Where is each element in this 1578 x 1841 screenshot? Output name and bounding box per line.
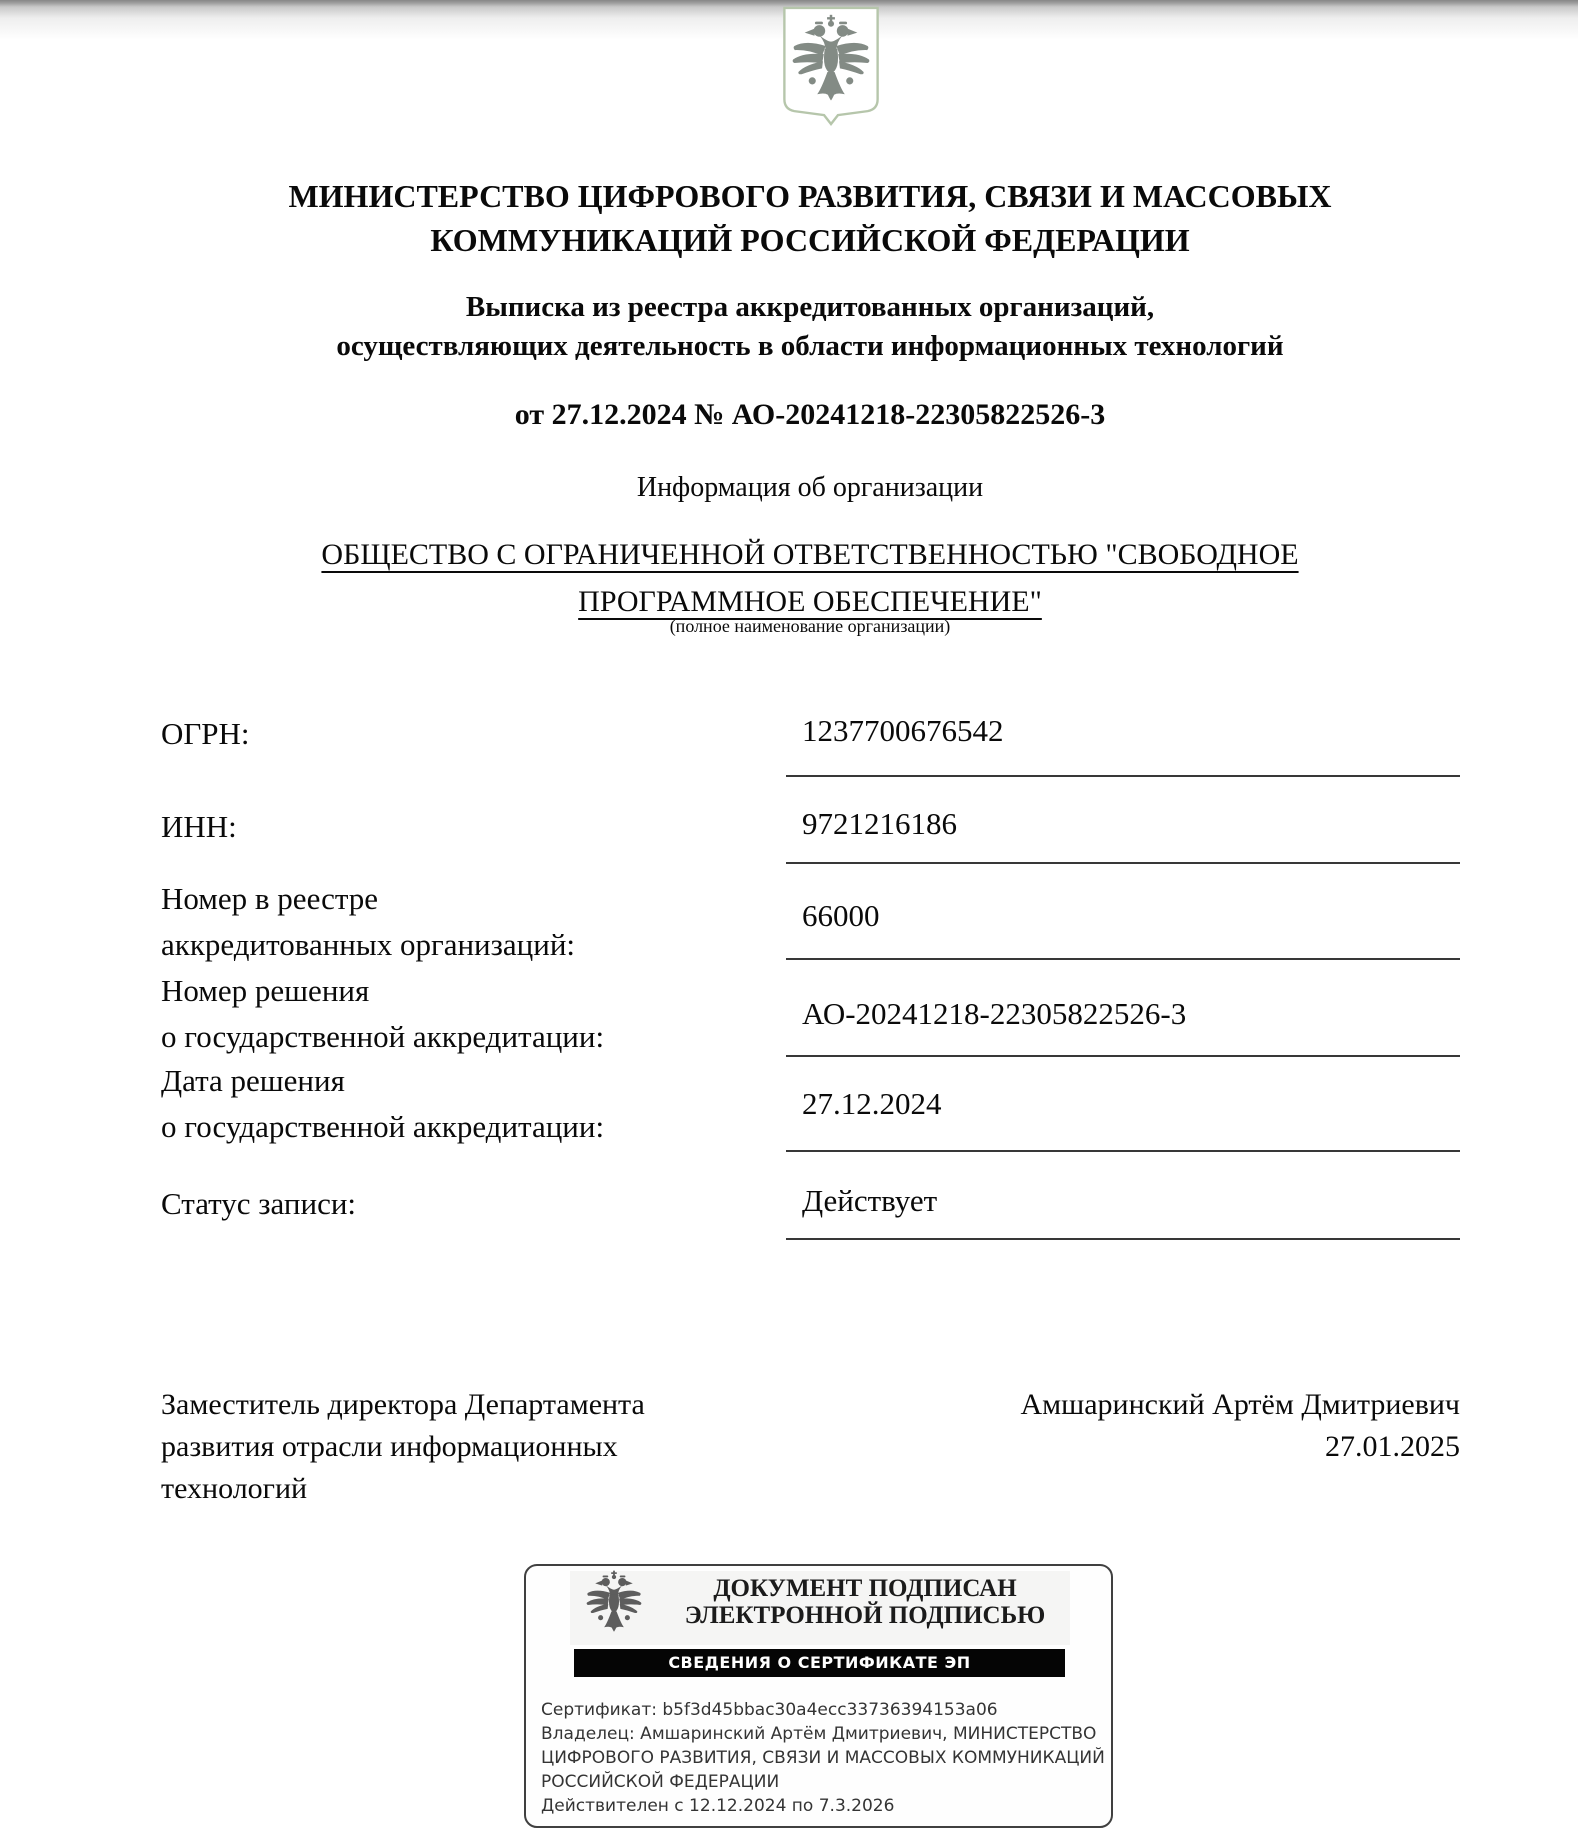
- field-underline: [786, 1150, 1460, 1152]
- stamp-certificate-bar: СВЕДЕНИЯ О СЕРТИФИКАТЕ ЭП: [574, 1649, 1065, 1677]
- organization-name-caption: (полное наименование организации): [160, 616, 1460, 637]
- document-subtitle-line2: осуществляющих деятельность в области ин…: [160, 327, 1460, 366]
- field-label: Дата решения о государственной аккредита…: [161, 1058, 604, 1150]
- field-label: Статус записи:: [161, 1181, 356, 1227]
- section-heading: Информация об организации: [160, 472, 1460, 504]
- field-value: 66000: [802, 898, 880, 934]
- signer-name-date: Амшаринский Артём Дмитриевич 27.01.2025: [1020, 1384, 1460, 1468]
- stamp-owner-line3: РОССИЙСКОЙ ФЕДЕРАЦИИ: [541, 1770, 1101, 1794]
- field-value: 27.12.2024: [802, 1086, 942, 1122]
- organization-name: ОБЩЕСТВО С ОГРАНИЧЕННОЙ ОТВЕТСТВЕННОСТЬЮ…: [160, 531, 1460, 625]
- electronic-signature-stamp: ДОКУМЕНТ ПОДПИСАН ЭЛЕКТРОННОЙ ПОДПИСЬЮ С…: [524, 1564, 1113, 1828]
- stamp-title: ДОКУМЕНТ ПОДПИСАН ЭЛЕКТРОННОЙ ПОДПИСЬЮ: [661, 1575, 1069, 1629]
- ministry-title-line2: КОММУНИКАЦИЙ РОССИЙСКОЙ ФЕДЕРАЦИИ: [160, 218, 1460, 262]
- organization-name-line1: ОБЩЕСТВО С ОГРАНИЧЕННОЙ ОТВЕТСТВЕННОСТЬЮ…: [321, 538, 1298, 571]
- field-label: Номер решения о государственной аккредит…: [161, 968, 604, 1060]
- field-underline: [786, 862, 1460, 864]
- signer-position-line1: Заместитель директора Департамента: [161, 1384, 645, 1426]
- field-underline: [786, 1055, 1460, 1057]
- stamp-title-line2: ЭЛЕКТРОННОЙ ПОДПИСЬЮ: [661, 1602, 1069, 1629]
- document-page: МИНИСТЕРСТВО ЦИФРОВОГО РАЗВИТИЯ, СВЯЗИ И…: [0, 0, 1578, 1841]
- stamp-details: Сертификат: b5f3d45bbac30a4ecc3373639415…: [541, 1698, 1101, 1818]
- ministry-title-line1: МИНИСТЕРСТВО ЦИФРОВОГО РАЗВИТИЯ, СВЯЗИ И…: [160, 174, 1460, 218]
- field-label: ОГРН:: [161, 711, 250, 757]
- signer-position: Заместитель директора Департамента разви…: [161, 1384, 645, 1510]
- field-underline: [786, 1238, 1460, 1240]
- signer-name: Амшаринский Артём Дмитриевич: [1020, 1384, 1460, 1426]
- field-value: 1237700676542: [802, 713, 1004, 749]
- field-label: Номер в реестре аккредитованных организа…: [161, 876, 575, 968]
- stamp-owner-line1: Владелец: Амшаринский Артём Дмитриевич, …: [541, 1722, 1101, 1746]
- signature-date: 27.01.2025: [1020, 1426, 1460, 1468]
- organization-name-line2: ПРОГРАММНОЕ ОБЕСПЕЧЕНИЕ": [578, 585, 1042, 618]
- document-subtitle-line1: Выписка из реестра аккредитованных орган…: [160, 288, 1460, 327]
- field-value: 9721216186: [802, 806, 957, 842]
- field-underline: [786, 958, 1460, 960]
- stamp-owner-line2: ЦИФРОВОГО РАЗВИТИЯ, СВЯЗИ И МАССОВЫХ КОМ…: [541, 1746, 1101, 1770]
- document-subtitle: Выписка из реестра аккредитованных орган…: [160, 288, 1460, 366]
- field-label: ИНН:: [161, 804, 237, 850]
- stamp-eagle-icon: [578, 1570, 650, 1640]
- field-value: АО-20241218-22305822526-3: [802, 996, 1186, 1032]
- signer-position-line2: развития отрасли информационных: [161, 1426, 645, 1468]
- field-value: Действует: [802, 1183, 937, 1219]
- ministry-title: МИНИСТЕРСТВО ЦИФРОВОГО РАЗВИТИЯ, СВЯЗИ И…: [160, 174, 1460, 262]
- stamp-validity-line: Действителен с 12.12.2024 по 7.3.2026: [541, 1794, 1101, 1818]
- stamp-certificate-line: Сертификат: b5f3d45bbac30a4ecc3373639415…: [541, 1698, 1101, 1722]
- field-underline: [786, 775, 1460, 777]
- signer-position-line3: технологий: [161, 1468, 645, 1510]
- stamp-title-line1: ДОКУМЕНТ ПОДПИСАН: [661, 1575, 1069, 1602]
- document-number: от 27.12.2024 № АО-20241218-22305822526-…: [160, 398, 1460, 432]
